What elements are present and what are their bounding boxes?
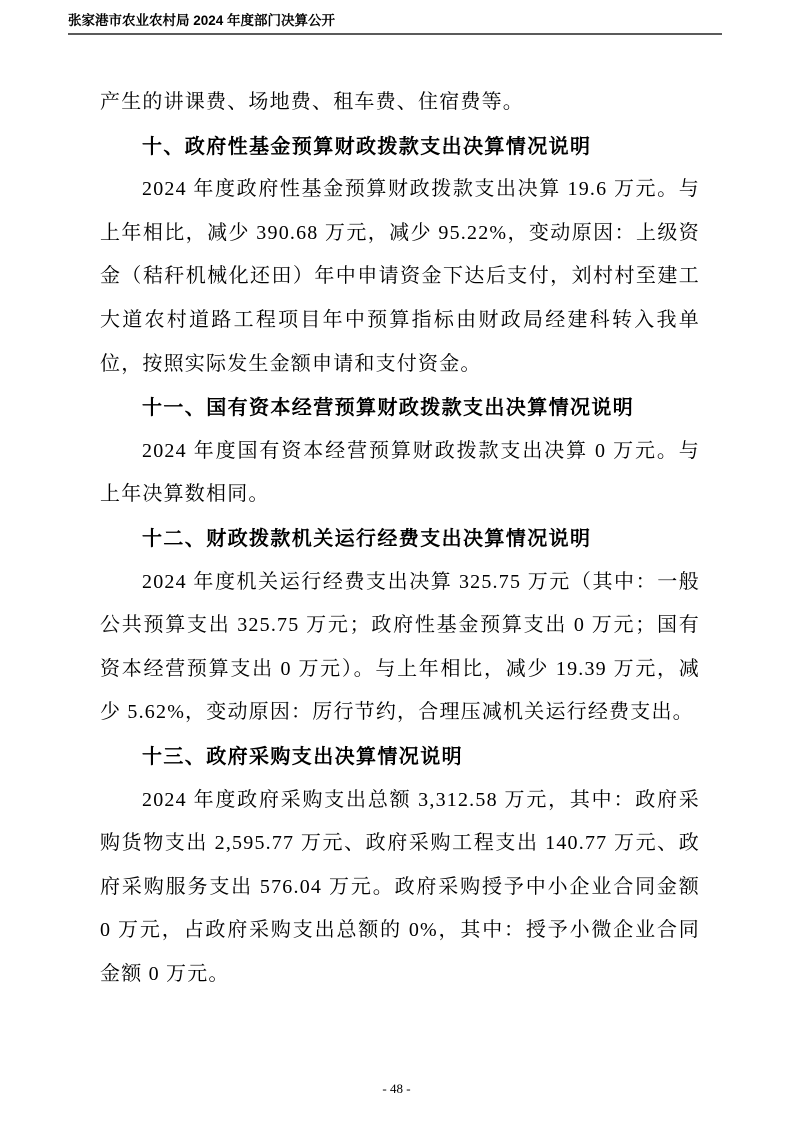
- body-paragraph-section-13: 2024 年度政府采购支出总额 3,312.58 万元，其中：政府采购货物支出 …: [100, 779, 700, 997]
- header-title: 张家港市农业农村局 2024 年度部门决算公开: [68, 13, 335, 28]
- section-heading-10: 十、政府性基金预算财政拨款支出决算情况说明: [100, 125, 700, 169]
- section-heading-13: 十三、政府采购支出决算情况说明: [100, 735, 700, 779]
- body-paragraph-section-11: 2024 年度国有资本经营预算财政拨款支出决算 0 万元。与上年决算数相同。: [100, 430, 700, 517]
- page-header: 张家港市农业农村局 2024 年度部门决算公开: [68, 13, 722, 35]
- page-number: - 48 -: [382, 1081, 410, 1096]
- body-paragraph-section-12: 2024 年度机关运行经费支出决算 325.75 万元（其中：一般公共预算支出 …: [100, 561, 700, 735]
- body-paragraph-continuation: 产生的讲课费、场地费、租车费、住宿费等。: [100, 81, 700, 125]
- body-paragraph-section-10: 2024 年度政府性基金预算财政拨款支出决算 19.6 万元。与上年相比，减少 …: [100, 168, 700, 386]
- document-page: 张家港市农业农村局 2024 年度部门决算公开 产生的讲课费、场地费、租车费、住…: [0, 0, 793, 1122]
- section-heading-12: 十二、财政拨款机关运行经费支出决算情况说明: [100, 517, 700, 561]
- section-heading-11: 十一、国有资本经营预算财政拨款支出决算情况说明: [100, 386, 700, 430]
- document-body: 产生的讲课费、场地费、租车费、住宿费等。 十、政府性基金预算财政拨款支出决算情况…: [100, 81, 700, 996]
- page-footer: - 48 -: [0, 1081, 793, 1096]
